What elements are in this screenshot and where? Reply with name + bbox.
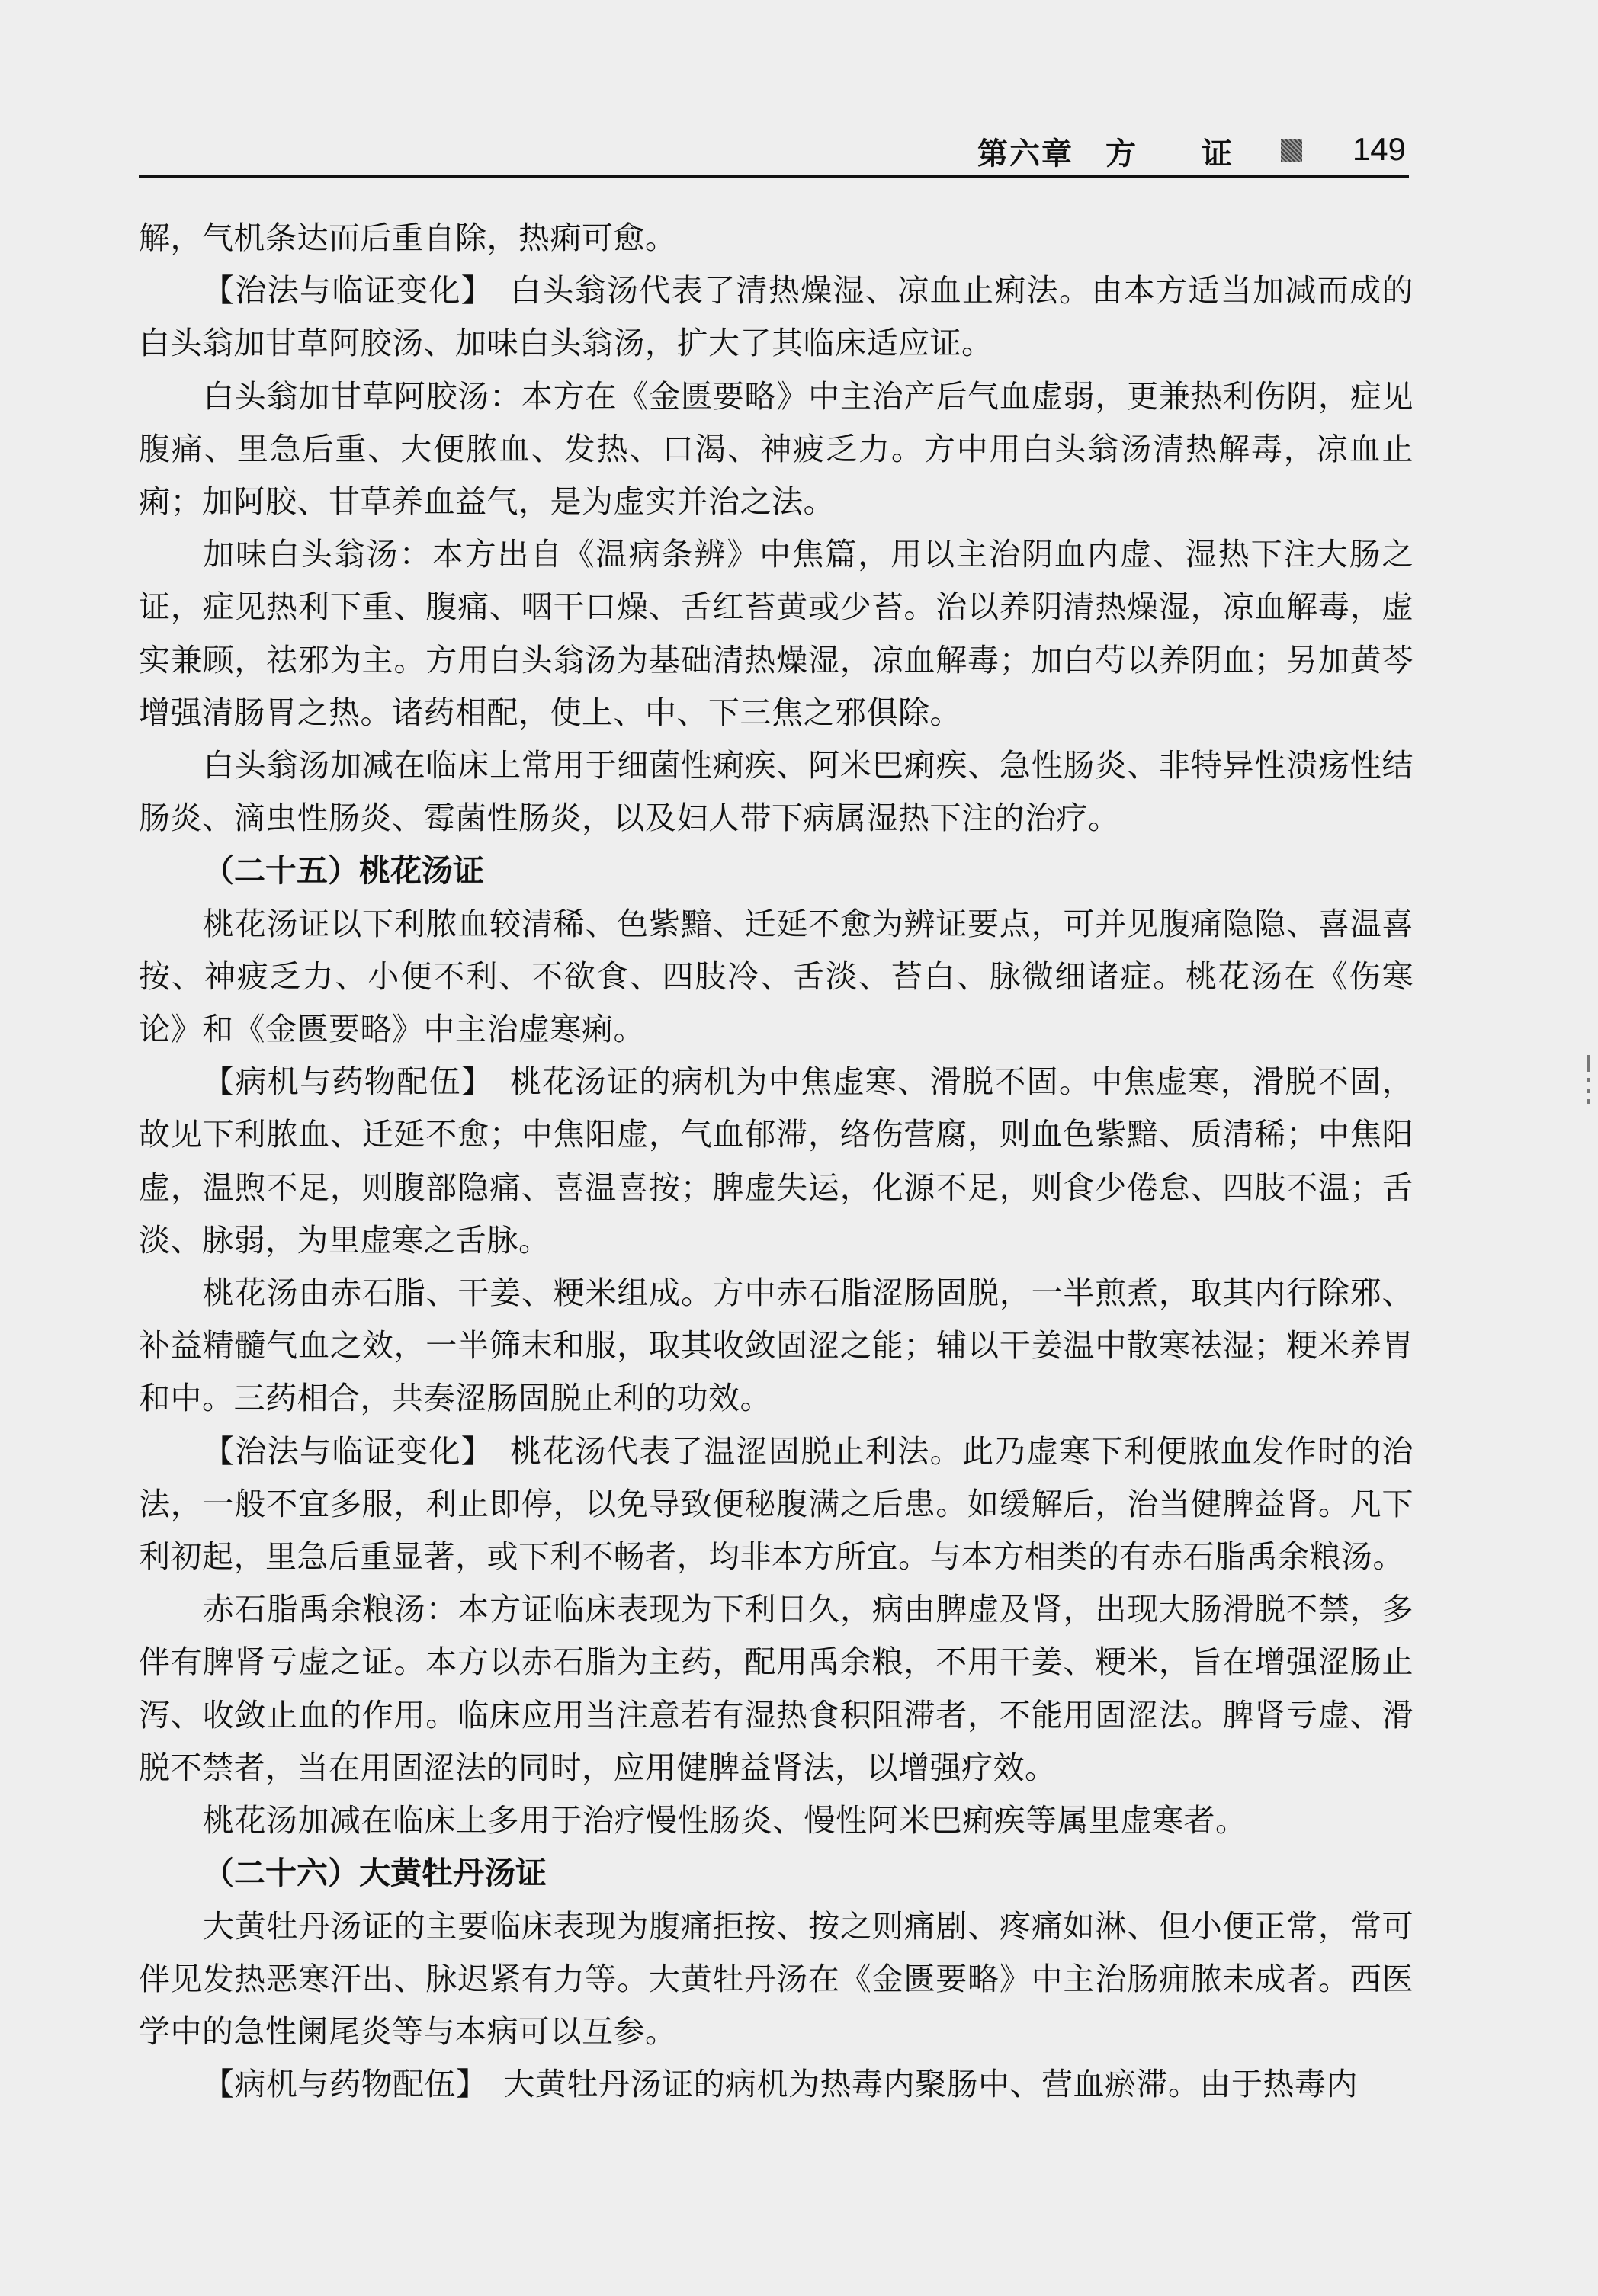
section-label: 【病机与药物配伍】 <box>203 1063 478 1100</box>
paragraph: 【病机与药物配伍】 桃花汤证的病机为中焦虚寒、滑脱不固。中焦虚寒，滑脱不固，故见… <box>139 1056 1413 1267</box>
body-text: 解，气机条达而后重自除，热痢可愈。 【治法与临证变化】 白头翁汤代表了清热燥湿、… <box>139 212 1413 2111</box>
page-marker-icon <box>1281 139 1302 162</box>
section-heading: （二十六）大黄牡丹汤证 <box>139 1847 1413 1900</box>
paragraph: 桃花汤证以下利脓血较清稀、色紫黯、迁延不愈为辨证要点，可并见腹痛隐隐、喜温喜按、… <box>139 898 1413 1057</box>
section-label: 【治法与临证变化】 <box>203 1433 478 1470</box>
section-heading: （二十五）桃花汤证 <box>139 845 1413 897</box>
scan-margin-marks <box>1587 1055 1590 1108</box>
page-header: 第六章 方 证 149 <box>139 128 1409 178</box>
paragraph: 【治法与临证变化】 白头翁汤代表了清热燥湿、凉血止痢法。由本方适当加减而成的白头… <box>139 265 1413 370</box>
paragraph: 【病机与药物配伍】 大黄牡丹汤证的病机为热毒内聚肠中、营血瘀滞。由于热毒内 <box>139 2058 1413 2111</box>
paragraph: 【治法与临证变化】 桃花汤代表了温涩固脱止利法。此乃虚寒下利便脓血发作时的治法，… <box>139 1425 1413 1584</box>
paragraph: 加味白头翁汤：本方出自《温病条辨》中焦篇，用以主治阴血内虚、湿热下注大肠之证，症… <box>139 528 1413 739</box>
page-number: 149 <box>1353 131 1406 168</box>
paragraph: 大黄牡丹汤证的主要临床表现为腹痛拒按、按之则痛剧、疼痛如淋、但小便正常，常可伴见… <box>139 1900 1413 2059</box>
section-label: 【病机与药物配伍】 <box>203 2066 472 2102</box>
section-label: 【治法与临证变化】 <box>203 272 478 309</box>
paragraph: 桃花汤加减在临床上多用于治疗慢性肠炎、慢性阿米巴痢疾等属里虚寒者。 <box>139 1794 1413 1847</box>
paragraph: 解，气机条达而后重自除，热痢可愈。 <box>139 212 1413 265</box>
paragraph: 白头翁加甘草阿胶汤：本方在《金匮要略》中主治产后气血虚弱，更兼热利伤阴，症见腹痛… <box>139 370 1413 529</box>
paragraph: 白头翁汤加减在临床上常用于细菌性痢疾、阿米巴痢疾、急性肠炎、非特异性溃疡性结肠炎… <box>139 739 1413 845</box>
chapter-title: 第六章 方 证 <box>977 130 1234 173</box>
paragraph: 赤石脂禹余粮汤：本方证临床表现为下利日久，病由脾虚及肾，出现大肠滑脱不禁，多伴有… <box>139 1583 1413 1794</box>
paragraph: 桃花汤由赤石脂、干姜、粳米组成。方中赤石脂涩肠固脱，一半煎煮，取其内行除邪、补益… <box>139 1267 1413 1425</box>
